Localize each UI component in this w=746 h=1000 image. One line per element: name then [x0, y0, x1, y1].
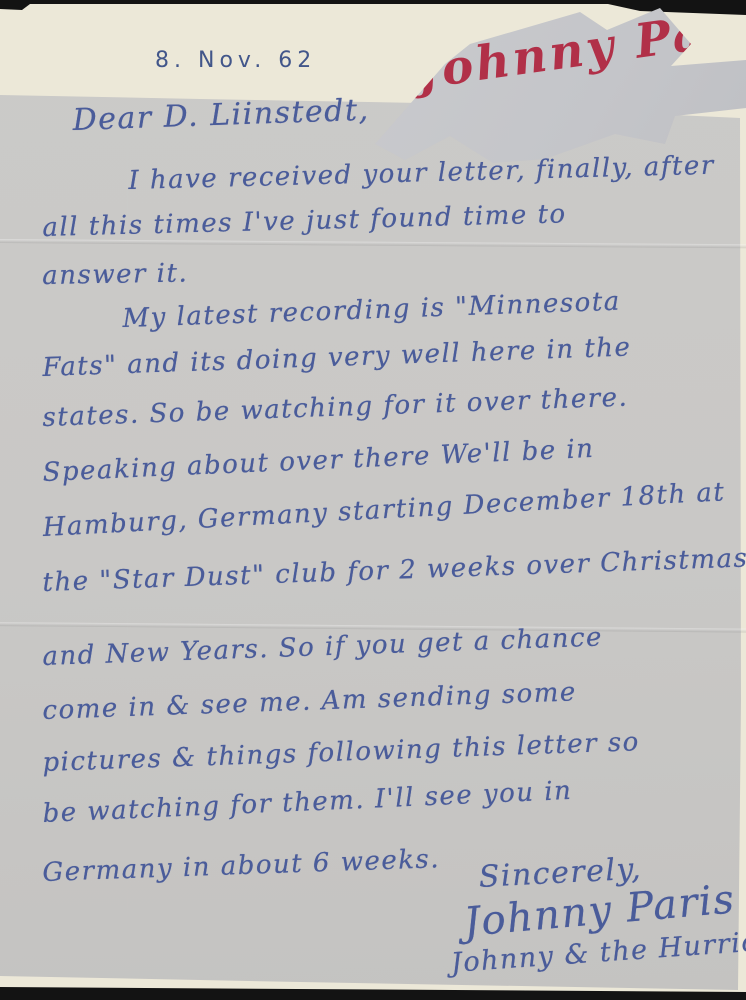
handwritten-line: answer it.	[42, 258, 188, 291]
scanned-letter-photo: 8. Nov. 62 Johnny Paris Dear D. Liinsted…	[0, 0, 746, 1000]
letterhead-script: Johnny Paris	[413, 0, 746, 100]
photo-border-top	[0, 0, 746, 20]
date-note: 8. Nov. 62	[155, 48, 316, 73]
